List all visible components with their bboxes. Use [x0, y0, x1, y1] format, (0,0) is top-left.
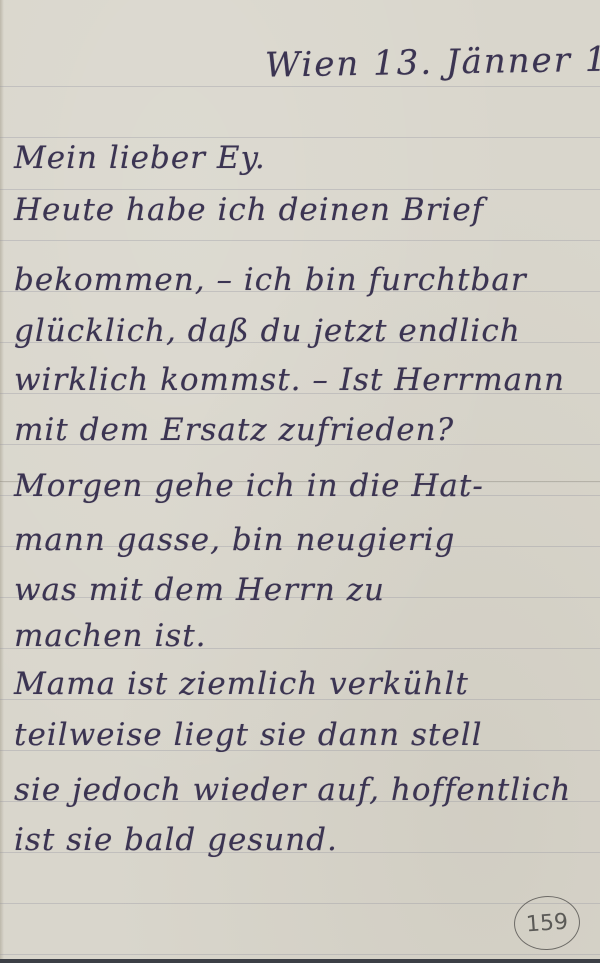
- letter-line: teilweise liegt sie dann stell: [14, 717, 483, 753]
- letter-line: bekommen, – ich bin furchtbar: [14, 262, 527, 298]
- letter-line: ist sie bald gesund.: [14, 822, 338, 858]
- ruled-line: [0, 240, 600, 241]
- letter-line: wirklich kommst. – Ist Herrmann: [14, 362, 565, 398]
- letter-line: sie jedoch wieder auf, hoffentlich: [14, 772, 571, 808]
- letter-salutation: Mein lieber Ey.: [14, 140, 266, 176]
- letter-dateline: Wien 13. Jänner 1917: [265, 38, 600, 85]
- ruled-line: [0, 903, 600, 904]
- ruled-line: [0, 137, 600, 138]
- scan-bottom-edge: [0, 959, 600, 963]
- letter-page: Wien 13. Jänner 1917 Mein lieber Ey. Heu…: [0, 0, 600, 963]
- ruled-line: [0, 86, 600, 87]
- letter-line: Morgen gehe ich in die Hat-: [14, 468, 484, 504]
- letter-line: mann gasse, bin neugierig: [14, 522, 455, 558]
- ruled-line: [0, 954, 600, 955]
- letter-line: machen ist.: [14, 618, 207, 654]
- letter-line: glücklich, daß du jetzt endlich: [14, 313, 521, 349]
- letter-line: mit dem Ersatz zufrieden?: [14, 412, 454, 448]
- letter-line: Heute habe ich deinen Brief: [14, 192, 484, 228]
- letter-line: Mama ist ziemlich verkühlt: [14, 666, 469, 702]
- letter-line: was mit dem Herrn zu: [14, 572, 385, 608]
- ruled-line: [0, 189, 600, 190]
